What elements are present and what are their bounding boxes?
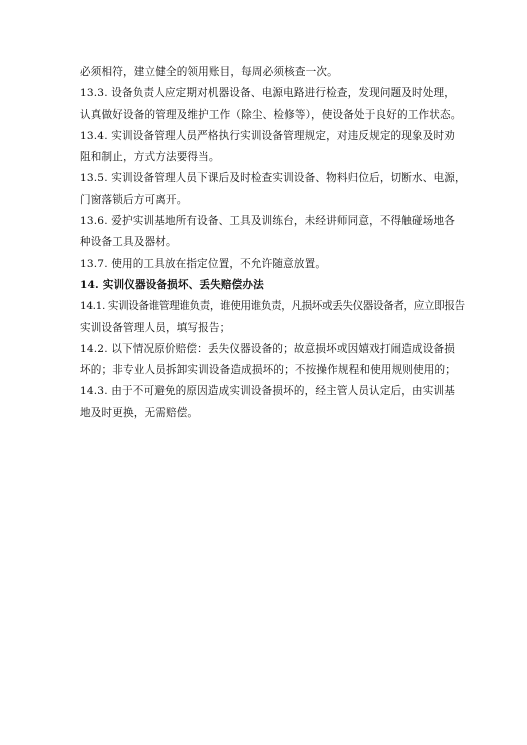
paragraph-line: 实训设备管理人员，填写报告； bbox=[80, 318, 452, 339]
paragraph-line: 地及时更换，无需赔偿。 bbox=[80, 403, 452, 424]
section-14-heading: 14. 实训仪器设备损坏、丢失赔偿办法 bbox=[80, 275, 452, 296]
clause-14-3: 14.3. 由于不可避免的原因造成实训设备损坏的，经主管人员认定后，由实训基 bbox=[80, 381, 452, 402]
paragraph-line: 坏的；非专业人员拆卸实训设备造成损坏的；不按操作规程和使用规则使用的； bbox=[80, 360, 452, 381]
clause-13-5: 13.5. 实训设备管理人员下课后及时检查实训设备、物料归位后，切断水、电源， bbox=[80, 168, 452, 189]
clause-14-2: 14.2. 以下情况原价赔偿：丢失仪器设备的；故意损坏或因嬉戏打闹造成设备损 bbox=[80, 339, 452, 360]
clause-13-6: 13.6. 爱护实训基地所有设备、工具及训练台，未经讲师同意，不得触碰场地各 bbox=[80, 211, 452, 232]
paragraph-line: 阻和制止，方式方法要得当。 bbox=[80, 147, 452, 168]
clause-13-3: 13.3. 设备负责人应定期对机器设备、电源电路进行检查，发现问题及时处理， bbox=[80, 83, 452, 104]
clause-14-1: 14.1. 实训设备谁管理谁负责，谁使用谁负责，凡损坏或丢失仪器设备者，应立即报… bbox=[80, 296, 452, 317]
paragraph-line: 认真做好设备的管理及维护工作（除尘、检修等），使设备处于良好的工作状态。 bbox=[80, 105, 452, 126]
paragraph-line: 门窗落锁后方可离开。 bbox=[80, 190, 452, 211]
clause-13-4: 13.4. 实训设备管理人员严格执行实训设备管理规定，对违反规定的现象及时劝 bbox=[80, 126, 452, 147]
document-page: 必须相符，建立健全的领用账目，每周必须核查一次。 13.3. 设备负责人应定期对… bbox=[80, 62, 452, 424]
paragraph-line: 必须相符，建立健全的领用账目，每周必须核查一次。 bbox=[80, 62, 452, 83]
paragraph-line: 种设备工具及器材。 bbox=[80, 232, 452, 253]
clause-13-7: 13.7. 使用的工具放在指定位置，不允许随意放置。 bbox=[80, 254, 452, 275]
